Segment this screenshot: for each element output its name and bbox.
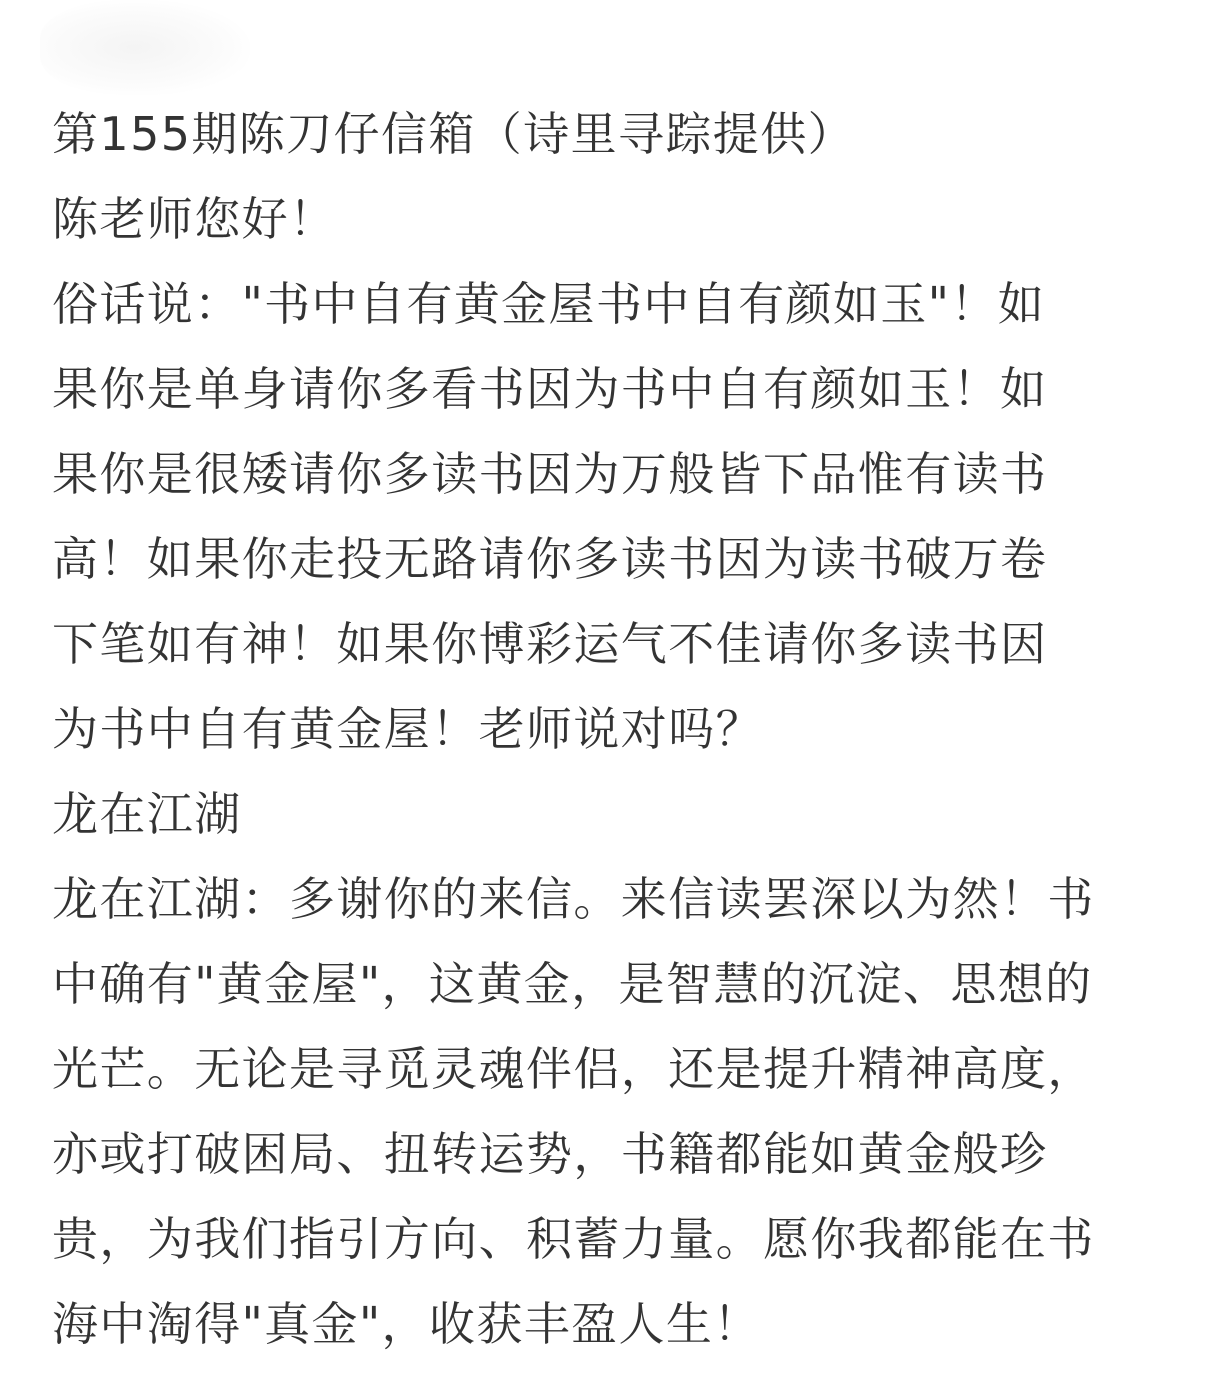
reply-line: 中确有"黄金屋"，这黄金，是智慧的沉淀、思想的 [52, 942, 1182, 1027]
letter-line: 下笔如有神！如果你博彩运气不佳请你多读书因 [52, 602, 1182, 687]
letter-signature: 龙在江湖 [52, 772, 1182, 857]
letter-greeting: 陈老师您好！ [52, 177, 1182, 262]
letter-line: 果你是很矮请你多读书因为万般皆下品惟有读书 [52, 432, 1182, 517]
letter-line: 高！如果你走投无路请你多读书因为读书破万卷 [52, 517, 1182, 602]
article-title: 第155期陈刀仔信箱（诗里寻踪提供） [52, 92, 1182, 177]
reply-line: 亦或打破困局、扭转运势，书籍都能如黄金般珍 [52, 1112, 1182, 1197]
letter-line: 为书中自有黄金屋！老师说对吗？ [52, 687, 1182, 772]
reply-line: 海中淘得"真金"，收获丰盈人生！ [52, 1282, 1182, 1367]
reply-line: 贵，为我们指引方向、积蓄力量。愿你我都能在书 [52, 1197, 1182, 1282]
letter-line: 俗话说："书中自有黄金屋书中自有颜如玉"！如 [52, 262, 1182, 347]
article-body: 第155期陈刀仔信箱（诗里寻踪提供） 陈老师您好！ 俗话说："书中自有黄金屋书中… [52, 92, 1182, 1367]
reply-line: 龙在江湖：多谢你的来信。来信读罢深以为然！书 [52, 857, 1182, 942]
letter-line: 果你是单身请你多看书因为书中自有颜如玉！如 [52, 347, 1182, 432]
reply-line: 光芒。无论是寻觅灵魂伴侣，还是提升精神高度， [52, 1027, 1182, 1112]
watermark-logo [40, 0, 250, 95]
